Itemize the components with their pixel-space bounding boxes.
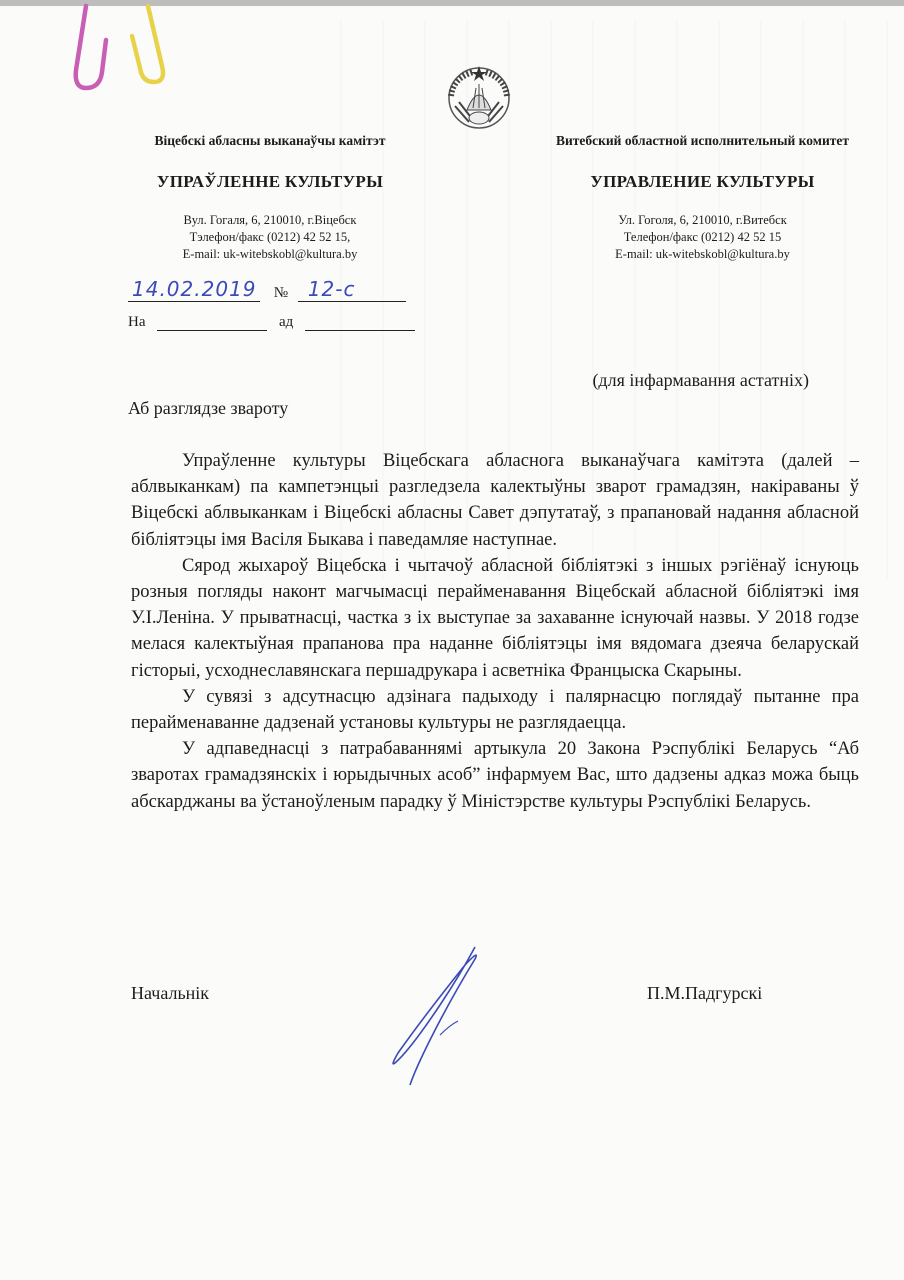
letterhead-russian: Витебский областной исполнительный комит… <box>525 133 880 263</box>
letterhead-belarusian: Віцебскі абласны выканаўчы камітэт УПРАЎ… <box>110 133 430 263</box>
date-field: 14.02.2019 <box>128 283 260 302</box>
on-label: На <box>128 314 146 330</box>
registration-reference-line: На ад <box>128 312 415 331</box>
handwritten-date: 14.02.2019 <box>132 277 257 301</box>
department-name: УПРАЎЛЕННЕ КУЛЬТУРЫ <box>110 172 430 192</box>
department-name: УПРАВЛЕНИЕ КУЛЬТУРЫ <box>525 172 880 192</box>
address: Ул. Гоголя, 6, 210010, г.Витебск <box>525 212 880 229</box>
from-field <box>305 312 415 331</box>
phone: Тэлефон/факс (0212) 42 52 15, <box>110 229 430 246</box>
on-field <box>157 312 267 331</box>
letter-body: Упраўленне культуры Віцебскага абласнога… <box>131 448 859 815</box>
paragraph: Сярод жыхароў Віцебска і чытачоў абласно… <box>131 553 859 684</box>
signatory-name: П.М.Падгурскі <box>647 983 762 1004</box>
email: E-mail: uk-witebskobl@kultura.by <box>110 246 430 263</box>
handwritten-signature-icon <box>380 945 500 1090</box>
paragraph: Упраўленне культуры Віцебскага абласнога… <box>131 448 859 553</box>
paragraph: У сувязі з адсутнасцю адзінага падыходу … <box>131 684 859 736</box>
distribution-note: (для інфармавання астатніх) <box>592 370 809 391</box>
from-label: ад <box>279 314 293 330</box>
phone: Телефон/факс (0212) 42 52 15 <box>525 229 880 246</box>
paragraph: У адпаведнасці з патрабаваннямі артыкула… <box>131 736 859 815</box>
address: Вул. Гогаля, 6, 210010, г.Віцебск <box>110 212 430 229</box>
handwritten-number: 12-с <box>308 277 356 301</box>
organization-name: Витебский областной исполнительный комит… <box>525 133 880 149</box>
number-label: № <box>274 285 288 301</box>
paper-clip-icon <box>60 0 200 100</box>
email: E-mail: uk-witebskobl@kultura.by <box>525 246 880 263</box>
number-field: 12-с <box>298 283 406 302</box>
belarus-coat-of-arms-icon <box>443 60 515 132</box>
organization-name: Віцебскі абласны выканаўчы камітэт <box>110 133 430 149</box>
registration-date-line: 14.02.2019 № 12-с <box>128 283 406 302</box>
letter-subject: Аб разглядзе звароту <box>128 398 288 419</box>
signatory-title: Начальнік <box>131 983 209 1004</box>
